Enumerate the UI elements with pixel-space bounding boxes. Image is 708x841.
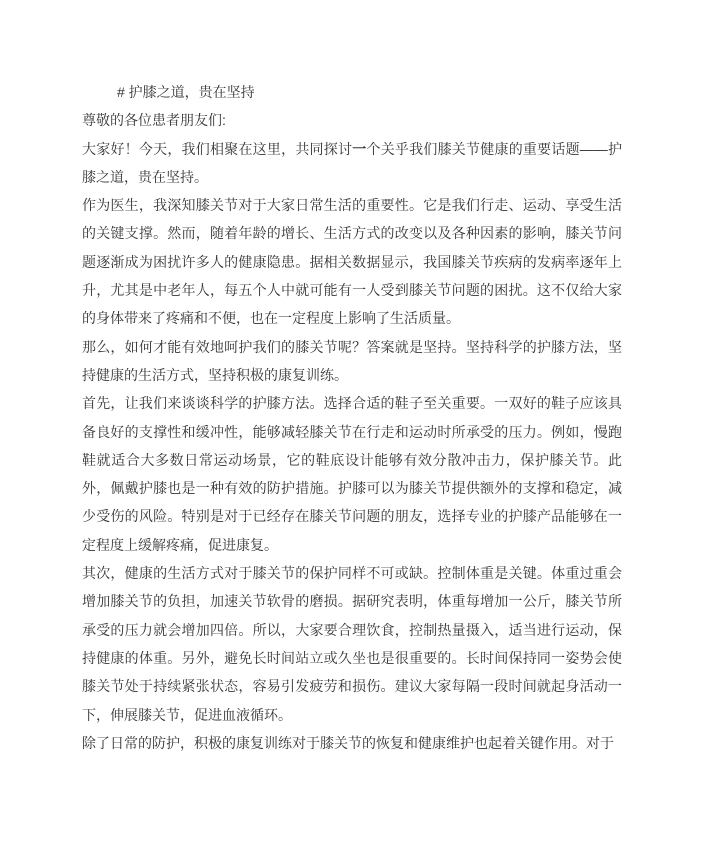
doc-paragraph-importance: 作为医生，我深知膝关节对于大家日常生活的重要性。它是我们行走、运动、享受生活的关…: [82, 191, 622, 332]
doc-paragraph-methods: 首先，让我们来谈谈科学的护膝方法。选择合适的鞋子至关重要。一双好的鞋子应该具备良…: [82, 389, 622, 559]
doc-paragraph-answer: 那么，如何才能有效地呵护我们的膝关节呢？答案就是坚持。坚持科学的护膝方法，坚持健…: [82, 333, 622, 390]
doc-greeting-text-pre: 大家好！今天，我们相聚在这里，共同探讨: [82, 141, 352, 157]
doc-title: # 护膝之道，贵在坚持: [82, 78, 622, 106]
doc-paragraph-rehab: 除了日常的防护，积极的康复训练对于膝关节的恢复和健康维护也起着关键作用。对于: [82, 729, 622, 757]
doc-greeting-paragraph: 大家好！今天，我们相聚在这里，共同探讨一个关乎我们膝关节健康的重要话题——护膝之…: [82, 135, 622, 192]
doc-salutation: 尊敬的各位患者朋友们:: [82, 106, 622, 134]
doc-greeting-emphasis: 一: [352, 141, 366, 157]
document-page: # 护膝之道，贵在坚持 尊敬的各位患者朋友们: 大家好！今天，我们相聚在这里，共…: [82, 78, 622, 757]
doc-paragraph-lifestyle: 其次，健康的生活方式对于膝关节的保护同样不可或缺。控制体重是关键。体重过重会增加…: [82, 559, 622, 729]
